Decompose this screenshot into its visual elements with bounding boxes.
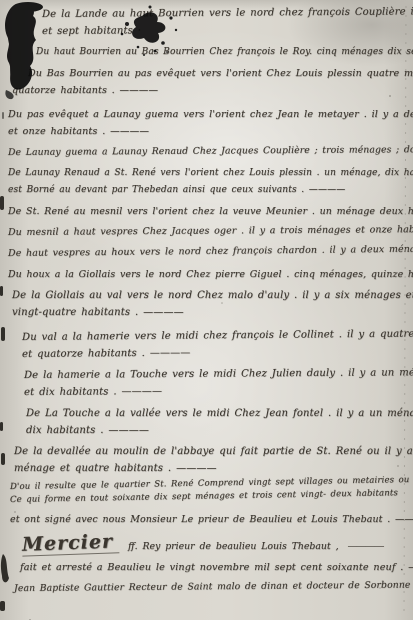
manuscript-line: De St. René au mesnil vers l'orient chez… (8, 203, 411, 220)
manuscript-line: et sept habitants · (42, 20, 411, 40)
manuscript-footer: fait et arresté a Beaulieu le vingt nove… (8, 559, 411, 597)
paragraph: De la Giollais au val vers le nord Chez … (12, 287, 411, 321)
paragraph: Jean Baptiste Gauttier Recteur de Saint … (14, 580, 411, 597)
manuscript-line: quatorze habitants . ———— (12, 82, 411, 99)
manuscript-line: De Launay Renaud a St. René vers l'orien… (8, 165, 411, 182)
manuscript-content: De la Lande au haut Bourrien vers le nor… (8, 6, 411, 618)
manuscript-line: fait et arresté a Beaulieu le vingt nove… (20, 559, 411, 576)
paragraph: De la Lande au haut Bourrien vers le nor… (42, 6, 411, 40)
paragraph: De La Touche a la vallée vers le midi Ch… (26, 405, 411, 439)
paragraph: Du mesnil a haut vespres Chez Jacques og… (8, 224, 411, 241)
paragraph: De la hamerie a la Touche vers le midi C… (24, 367, 411, 401)
manuscript-line: et onze habitants . ———— (8, 123, 411, 140)
paragraph: Du Bas Bourrien au pas evêquet vers l'or… (28, 65, 411, 99)
manuscript-line: vingt-quatre habitants . ———— (12, 304, 411, 321)
manuscript-page: De la Lande au haut Bourrien vers le nor… (0, 0, 413, 620)
manuscript-line: De haut vespres au houx vers le nord che… (8, 241, 411, 262)
signature-row: Mercier ff. Rey prieur de beaulieu Louis… (22, 532, 411, 555)
manuscript-line: De Launay guema a Launay Renaud Chez Jac… (8, 141, 411, 161)
manuscript-line: dix habitants . ———— (26, 422, 411, 439)
manuscript-line: Du pas evêquet a Launay guema vers l'ori… (8, 106, 411, 123)
manuscript-line: Du haut Bourrien au Bas Bourrien Chez fr… (36, 44, 411, 61)
manuscript-line: Jean Baptiste Gauttier Recteur de Saint … (14, 577, 411, 597)
paragraph: fait et arresté a Beaulieu le vingt nove… (20, 559, 411, 576)
paragraph: De Launay Renaud a St. René vers l'orien… (8, 165, 411, 199)
paragraph: De St. René au mesnil vers l'orient chez… (8, 203, 411, 220)
manuscript-line: et dix habitants . ———— (24, 381, 411, 401)
paragraph: De la devallée au moulin de l'abbaye qui… (14, 443, 411, 477)
paragraph: D'ou il resulte que le quartier St. René… (10, 481, 411, 507)
manuscript-line: et ont signé avec nous Monsieur Le prieu… (10, 511, 411, 528)
manuscript-line: De la devallée au moulin de l'abbaye qui… (14, 443, 411, 460)
paragraph: De haut vespres au houx vers le nord che… (8, 245, 411, 262)
paragraph: et ont signé avec nous Monsieur Le prieu… (10, 511, 411, 528)
paragraph: Du houx a la Giollais vers le nord Chez … (8, 266, 411, 283)
manuscript-line: et quatorze habitants . ———— (22, 343, 411, 363)
signature-name: Mercier (22, 530, 120, 556)
paragraph: Du haut Bourrien au Bas Bourrien Chez fr… (36, 44, 411, 61)
paragraph: De Launay guema a Launay Renaud Chez Jac… (8, 144, 411, 161)
manuscript-line: est Borné au devant par Thebedan ainsi q… (8, 182, 411, 199)
manuscript-line: De La Touche a la vallée vers le midi Ch… (26, 405, 411, 422)
manuscript-line: Du mesnil a haut vespres Chez Jacques og… (8, 221, 411, 241)
manuscript-body: De la Lande au haut Bourrien vers le nor… (8, 6, 411, 528)
manuscript-line: Du houx a la Giollais vers le nord Chez … (8, 266, 411, 283)
signature-dash: ———— (348, 541, 384, 552)
manuscript-line: Du Bas Bourrien au pas evêquet vers l'or… (28, 65, 411, 82)
cosigners-text: ff. Rey prieur de beaulieu Louis Thebaut… (128, 541, 339, 552)
paragraph: Du val a la hamerie vers le midi chez fr… (22, 329, 411, 363)
manuscript-line: De la Giollais au val vers le nord Chez … (12, 287, 411, 304)
paragraph: Du pas evêquet a Launay guema vers l'ori… (8, 106, 411, 140)
